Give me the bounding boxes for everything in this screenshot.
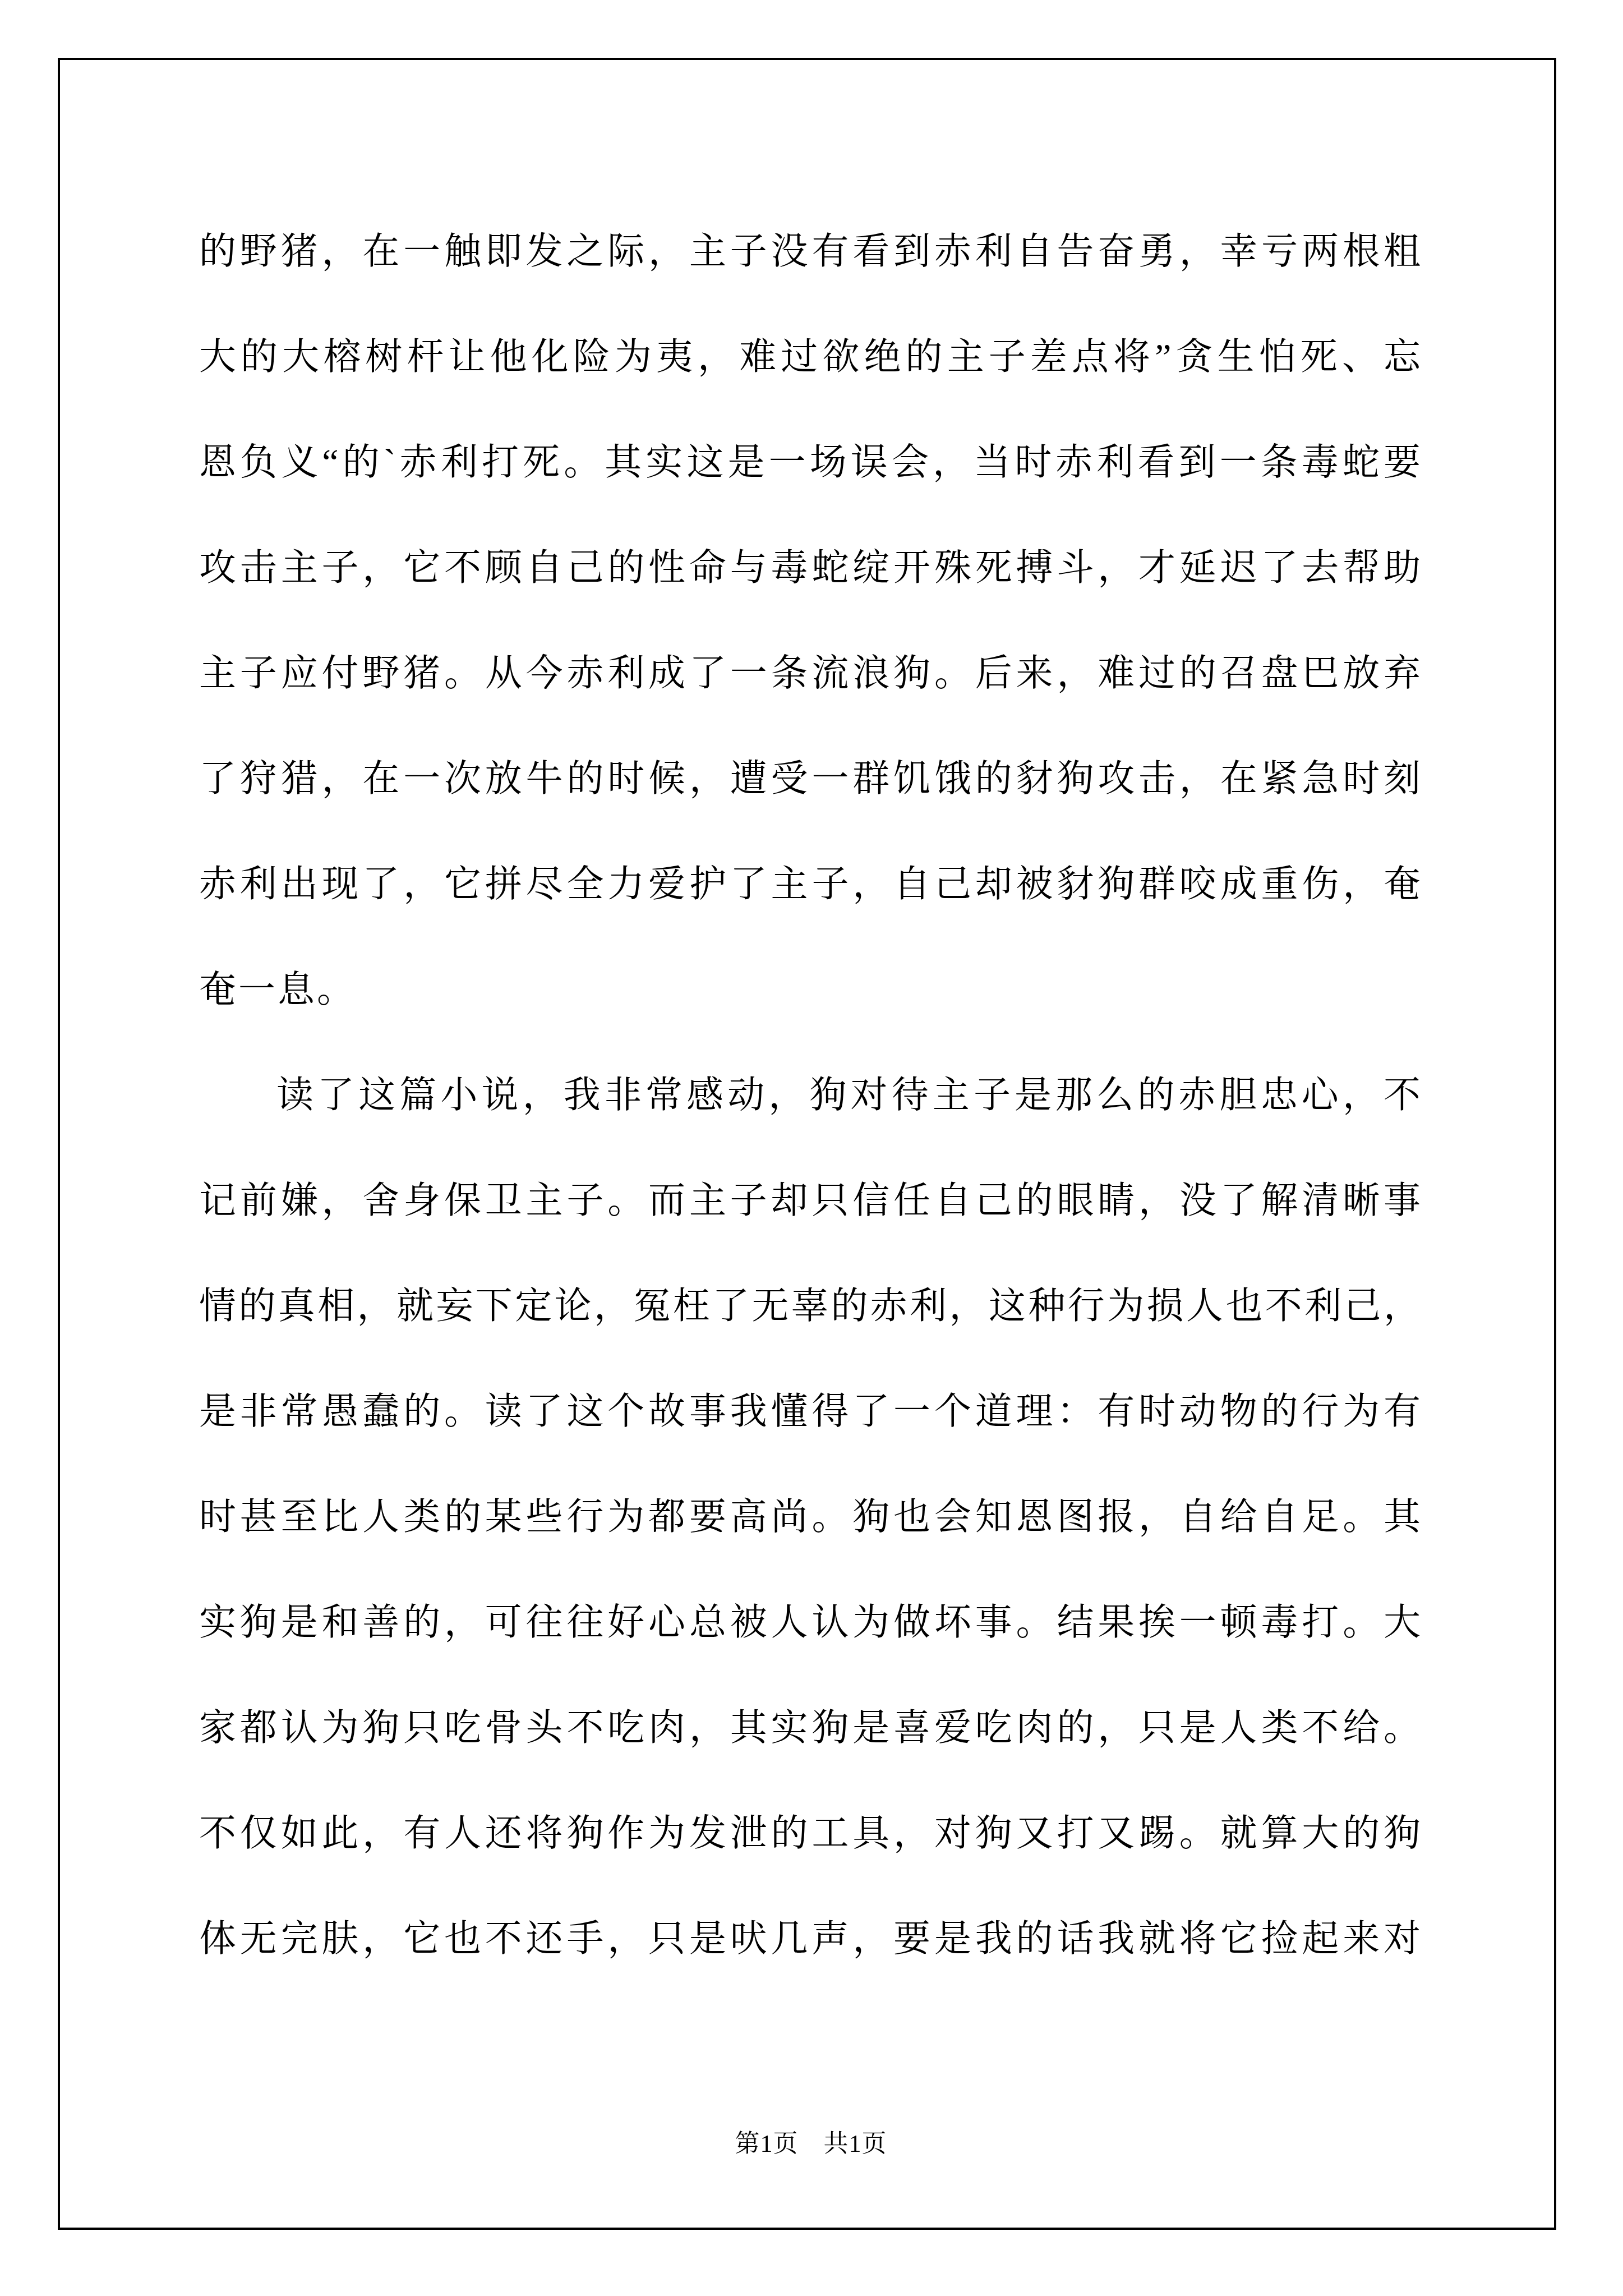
text-line: 记前嫌，舍身保卫主子。而主子却只信任自己的眼睛，没了解清晰事 [199, 1148, 1423, 1254]
document-page: 的野猪，在一触即发之际，主子没有看到赤利自告奋勇，幸亏两根粗 大的大榕树杆让他化… [0, 0, 1623, 2296]
text-line: 是非常愚蠢的。读了这个故事我懂得了一个道理：有时动物的行为有 [199, 1359, 1423, 1465]
text-line: 不仅如此，有人还将狗作为发泄的工具，对狗又打又踢。就算大的狗 [199, 1781, 1423, 1887]
text-line: 主子应付野猪。从今赤利成了一条流浪狗。后来，难过的召盘巴放弃 [199, 621, 1423, 726]
text-line: 了狩猎，在一次放牛的时候，遭受一群饥饿的豺狗攻击，在紧急时刻 [199, 726, 1423, 832]
page-footer: 第1页 共1页 [199, 2122, 1423, 2166]
document-body: 的野猪，在一触即发之际，主子没有看到赤利自告奋勇，幸亏两根粗 大的大榕树杆让他化… [199, 199, 1423, 1992]
text-line: 体无完肤，它也不还手，只是吠几声，要是我的话我就将它捡起来对 [199, 1887, 1423, 1992]
text-line: 读了这篇小说，我非常感动，狗对待主子是那么的赤胆忠心，不 [199, 1043, 1423, 1148]
text-line: 时甚至比人类的某些行为都要高尚。狗也会知恩图报，自给自足。其 [199, 1465, 1423, 1570]
text-line: 恩负义“的`赤利打死。其实这是一场误会，当时赤利看到一条毒蛇要 [199, 410, 1423, 516]
text-line: 家都认为狗只吃骨头不吃肉，其实狗是喜爱吃肉的，只是人类不给。 [199, 1676, 1423, 1781]
text-line: 的野猪，在一触即发之际，主子没有看到赤利自告奋勇，幸亏两根粗 [199, 199, 1423, 305]
text-line: 赤利出现了，它拼尽全力爱护了主子，自己却被豺狗群咬成重伤，奄 [199, 832, 1423, 937]
text-line: 实狗是和善的，可往往好心总被人认为做坏事。结果挨一顿毒打。大 [199, 1570, 1423, 1676]
text-line: 奄一息。 [199, 937, 1423, 1043]
text-line: 攻击主子，它不顾自己的性命与毒蛇绽开殊死搏斗，才延迟了去帮助 [199, 516, 1423, 621]
text-line: 大的大榕树杆让他化险为夷，难过欲绝的主子差点将”贪生怕死、忘 [199, 305, 1423, 410]
text-line: 情的真相，就妄下定论，冤枉了无辜的赤利，这种行为损人也不利己， [199, 1254, 1423, 1359]
